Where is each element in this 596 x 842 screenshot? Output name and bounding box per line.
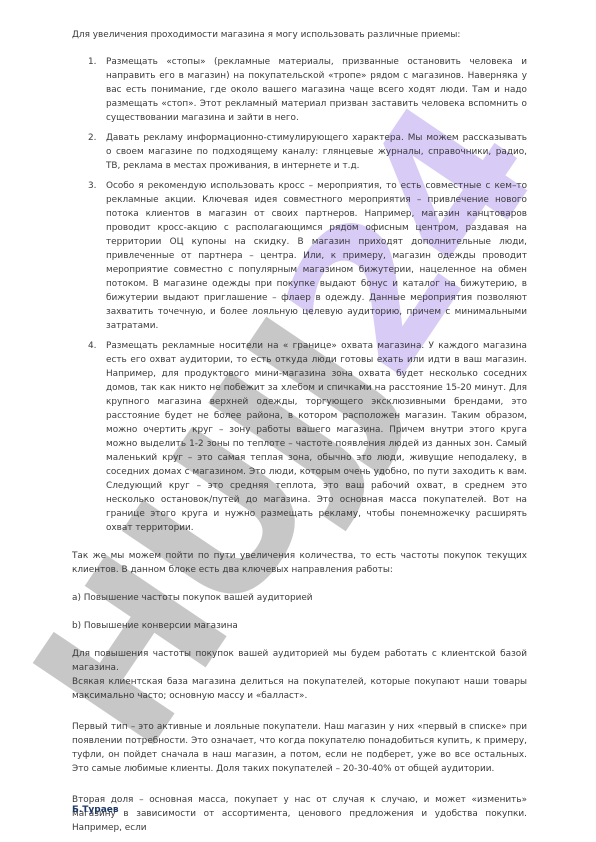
second-type-paragraph: Вторая доля – основная масса, покупает у… — [72, 793, 527, 835]
list-item-text: Давать рекламу информационно-стимулирующ… — [106, 133, 527, 171]
intro-paragraph: Для увеличения проходимости магазина я м… — [72, 28, 527, 42]
list-item-text: Размещать «стопы» (рекламные материалы, … — [106, 57, 527, 123]
list-item-number: 3. — [88, 179, 96, 193]
frequency-paragraph: Так же мы можем пойти по пути увеличения… — [72, 549, 527, 577]
client-base-split-paragraph: Всякая клиентская база магазина делиться… — [72, 675, 527, 703]
document-page: Для увеличения проходимости магазина я м… — [72, 28, 527, 835]
techniques-list: 1. Размещать «стопы» (рекламные материал… — [72, 55, 527, 535]
list-item-number: 4. — [88, 339, 96, 353]
list-item-text: Размещать рекламные носители на « границ… — [106, 341, 527, 533]
list-item-number: 2. — [88, 131, 96, 145]
footer-author: Б.Тураев — [72, 805, 119, 815]
direction-a: a) Повышение частоты покупок вашей аудит… — [72, 591, 527, 605]
list-item: 1. Размещать «стопы» (рекламные материал… — [72, 55, 527, 125]
list-item: 2. Давать рекламу информационно-стимулир… — [72, 131, 527, 173]
first-type-paragraph: Первый тип – это активные и лояльные пок… — [72, 720, 527, 776]
direction-b: b) Повышение конверсии магазина — [72, 619, 527, 633]
list-item: 4. Размещать рекламные носители на « гра… — [72, 339, 527, 535]
client-base-paragraph: Для повышения частоты покупок вашей ауди… — [72, 647, 527, 675]
list-item-number: 1. — [88, 55, 96, 69]
list-item-text: Особо я рекомендую использовать кросс – … — [106, 181, 527, 331]
list-item: 3. Особо я рекомендую использовать кросс… — [72, 179, 527, 333]
